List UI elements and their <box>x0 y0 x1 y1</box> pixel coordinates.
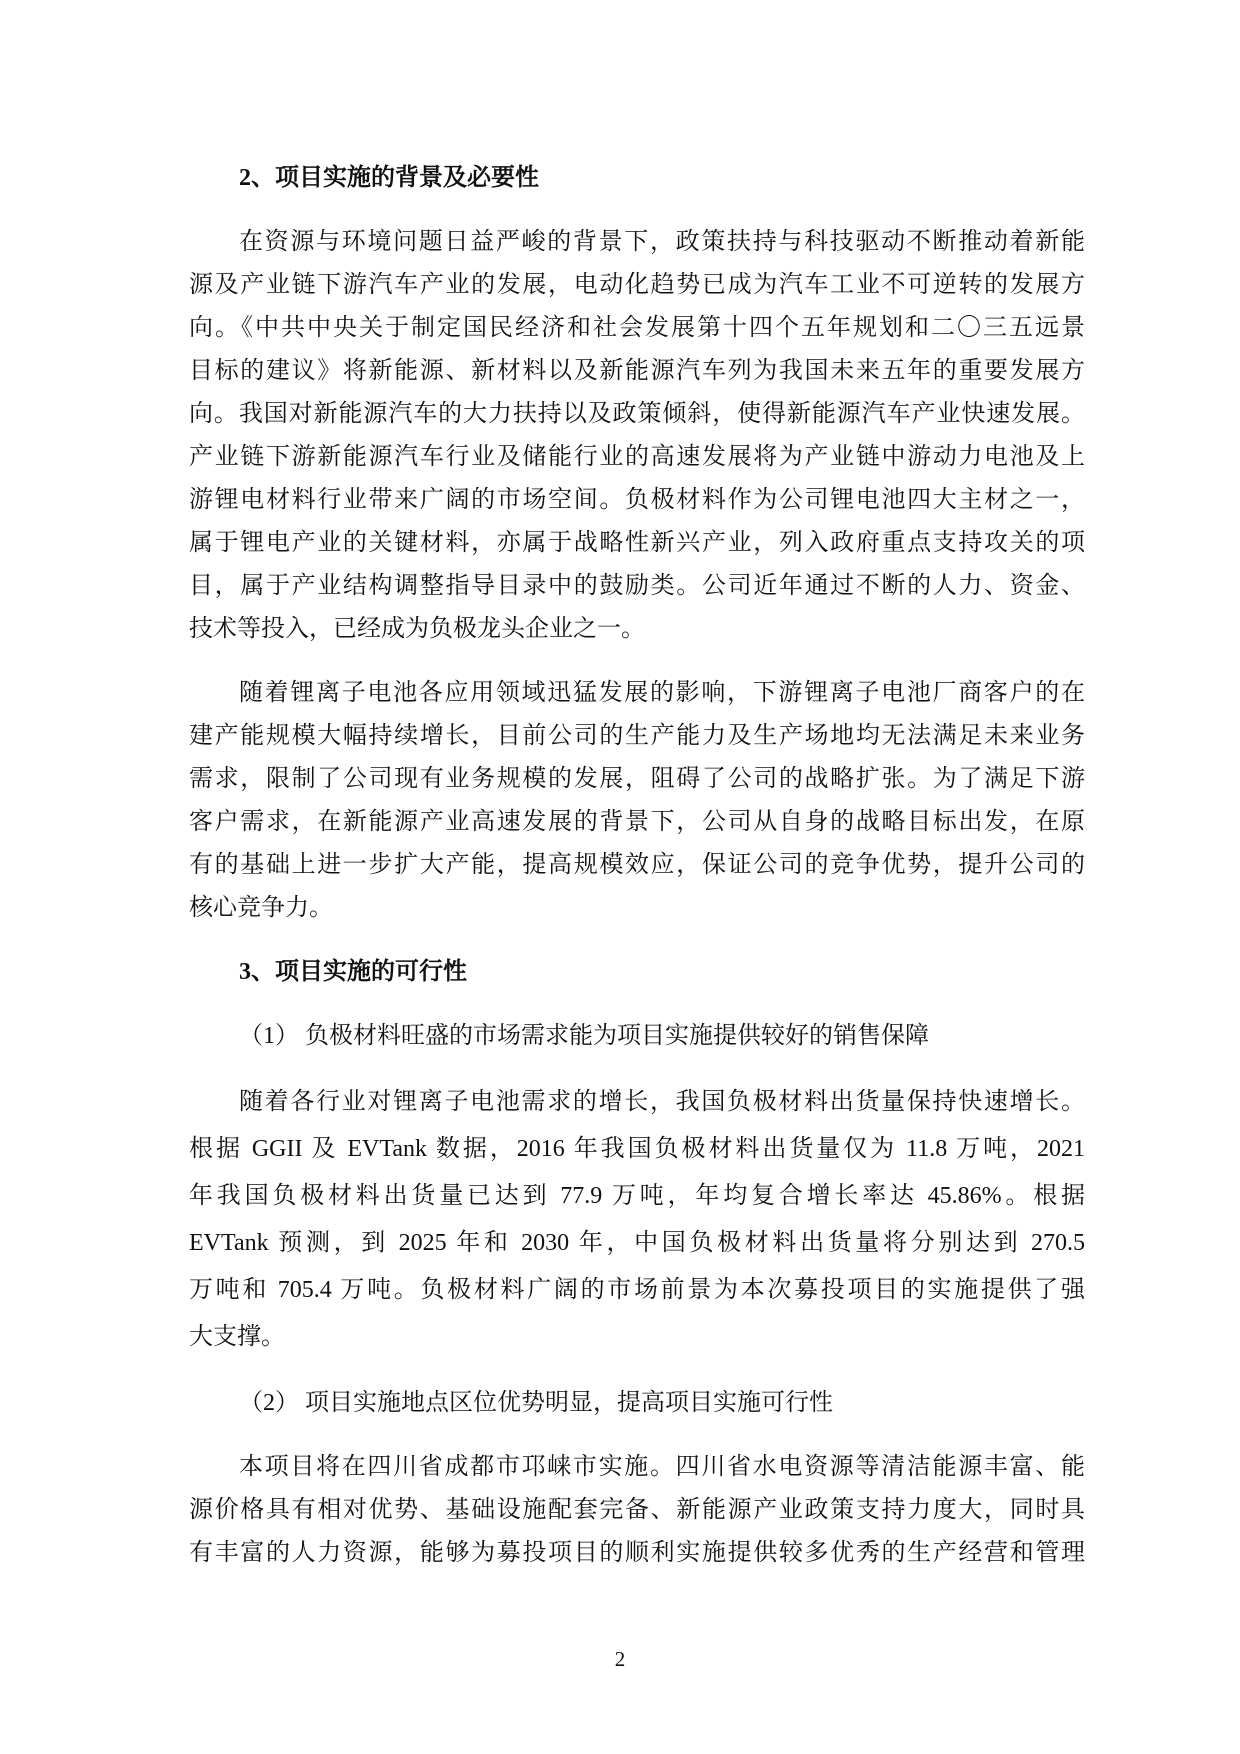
text-line: 年我国负极材料出货量已达到 77.9 万吨，年均复合增长率达 45.86%。根据 <box>189 1173 1085 1220</box>
text-line: 向。我国对新能源汽车的大力扶持以及政策倾斜，使得新能源汽车产业快速发展。 <box>189 393 1085 436</box>
text-line: 在资源与环境问题日益严峻的背景下，政策扶持与科技驱动不断推动着新能 <box>189 221 1085 264</box>
text-line: 根据 GGII 及 EVTank 数据，2016 年我国负极材料出货量仅为 11… <box>189 1126 1085 1173</box>
text-line: 产业链下游新能源汽车行业及储能行业的高速发展将为产业链中游动力电池及上 <box>189 436 1085 479</box>
text-line: 万吨和 705.4 万吨。负极材料广阔的市场前景为本次募投项目的实施提供了强 <box>189 1267 1085 1314</box>
text-line: 大支撑。 <box>189 1314 1085 1361</box>
document-page: 2、项目实施的背景及必要性 在资源与环境问题日益严峻的背景下，政策扶持与科技驱动… <box>0 0 1240 1754</box>
paragraph-background-necessity-2: 随着锂离子电池各应用领域迅猛发展的影响，下游锂离子电池厂商客户的在 建产能规模大… <box>189 672 1085 930</box>
text-line: 源价格具有相对优势、基础设施配套完备、新能源产业政策支持力度大，同时具 <box>189 1489 1085 1532</box>
text-line: 本项目将在四川省成都市邛崃市实施。四川省水电资源等清洁能源丰富、能 <box>189 1446 1085 1489</box>
subheading-2-location-advantage: （2） 项目实施地点区位优势明显，提高项目实施可行性 <box>189 1382 1085 1425</box>
text-line: 随着锂离子电池各应用领域迅猛发展的影响，下游锂离子电池厂商客户的在 <box>189 672 1085 715</box>
text-line: 核心竞争力。 <box>189 887 1085 930</box>
paragraph-market-demand: 随着各行业对锂离子电池需求的增长，我国负极材料出货量保持快速增长。 根据 GGI… <box>189 1079 1085 1361</box>
paragraph-location-advantage: 本项目将在四川省成都市邛崃市实施。四川省水电资源等清洁能源丰富、能 源价格具有相… <box>189 1446 1085 1575</box>
page-number: 2 <box>0 1646 1240 1672</box>
text-line: EVTank 预测，到 2025 年和 2030 年，中国负极材料出货量将分别达… <box>189 1220 1085 1267</box>
text-line: 源及产业链下游汽车产业的发展，电动化趋势已成为汽车工业不可逆转的发展方 <box>189 264 1085 307</box>
text-line: 有丰富的人力资源，能够为募投项目的顺利实施提供较多优秀的生产经营和管理 <box>189 1532 1085 1575</box>
subheading-1-market-demand: （1） 负极材料旺盛的市场需求能为项目实施提供较好的销售保障 <box>189 1015 1085 1058</box>
text-line: 客户需求，在新能源产业高速发展的背景下，公司从自身的战略目标出发，在原 <box>189 801 1085 844</box>
text-line: 技术等投入，已经成为负极龙头企业之一。 <box>189 608 1085 651</box>
text-line: 有的基础上进一步扩大产能，提高规模效应，保证公司的竞争优势，提升公司的 <box>189 844 1085 887</box>
text-line: 需求，限制了公司现有业务规模的发展，阻碍了公司的战略扩张。为了满足下游 <box>189 758 1085 801</box>
paragraph-background-necessity-1: 在资源与环境问题日益严峻的背景下，政策扶持与科技驱动不断推动着新能 源及产业链下… <box>189 221 1085 651</box>
text-line: 向。《中共中央关于制定国民经济和社会发展第十四个五年规划和二〇三五远景 <box>189 307 1085 350</box>
page-content: 2、项目实施的背景及必要性 在资源与环境问题日益严峻的背景下，政策扶持与科技驱动… <box>189 157 1085 1596</box>
text-line: 随着各行业对锂离子电池需求的增长，我国负极材料出货量保持快速增长。 <box>189 1079 1085 1126</box>
text-line: 目，属于产业结构调整指导目录中的鼓励类。公司近年通过不断的人力、资金、 <box>189 565 1085 608</box>
text-line: 属于锂电产业的关键材料，亦属于战略性新兴产业，列入政府重点支持攻关的项 <box>189 522 1085 565</box>
section-heading-2: 2、项目实施的背景及必要性 <box>189 157 1085 200</box>
section-heading-3: 3、项目实施的可行性 <box>189 951 1085 994</box>
text-line: 游锂电材料行业带来广阔的市场空间。负极材料作为公司锂电池四大主材之一， <box>189 479 1085 522</box>
text-line: 建产能规模大幅持续增长，目前公司的生产能力及生产场地均无法满足未来业务 <box>189 715 1085 758</box>
text-line: 目标的建议》将新能源、新材料以及新能源汽车列为我国未来五年的重要发展方 <box>189 350 1085 393</box>
